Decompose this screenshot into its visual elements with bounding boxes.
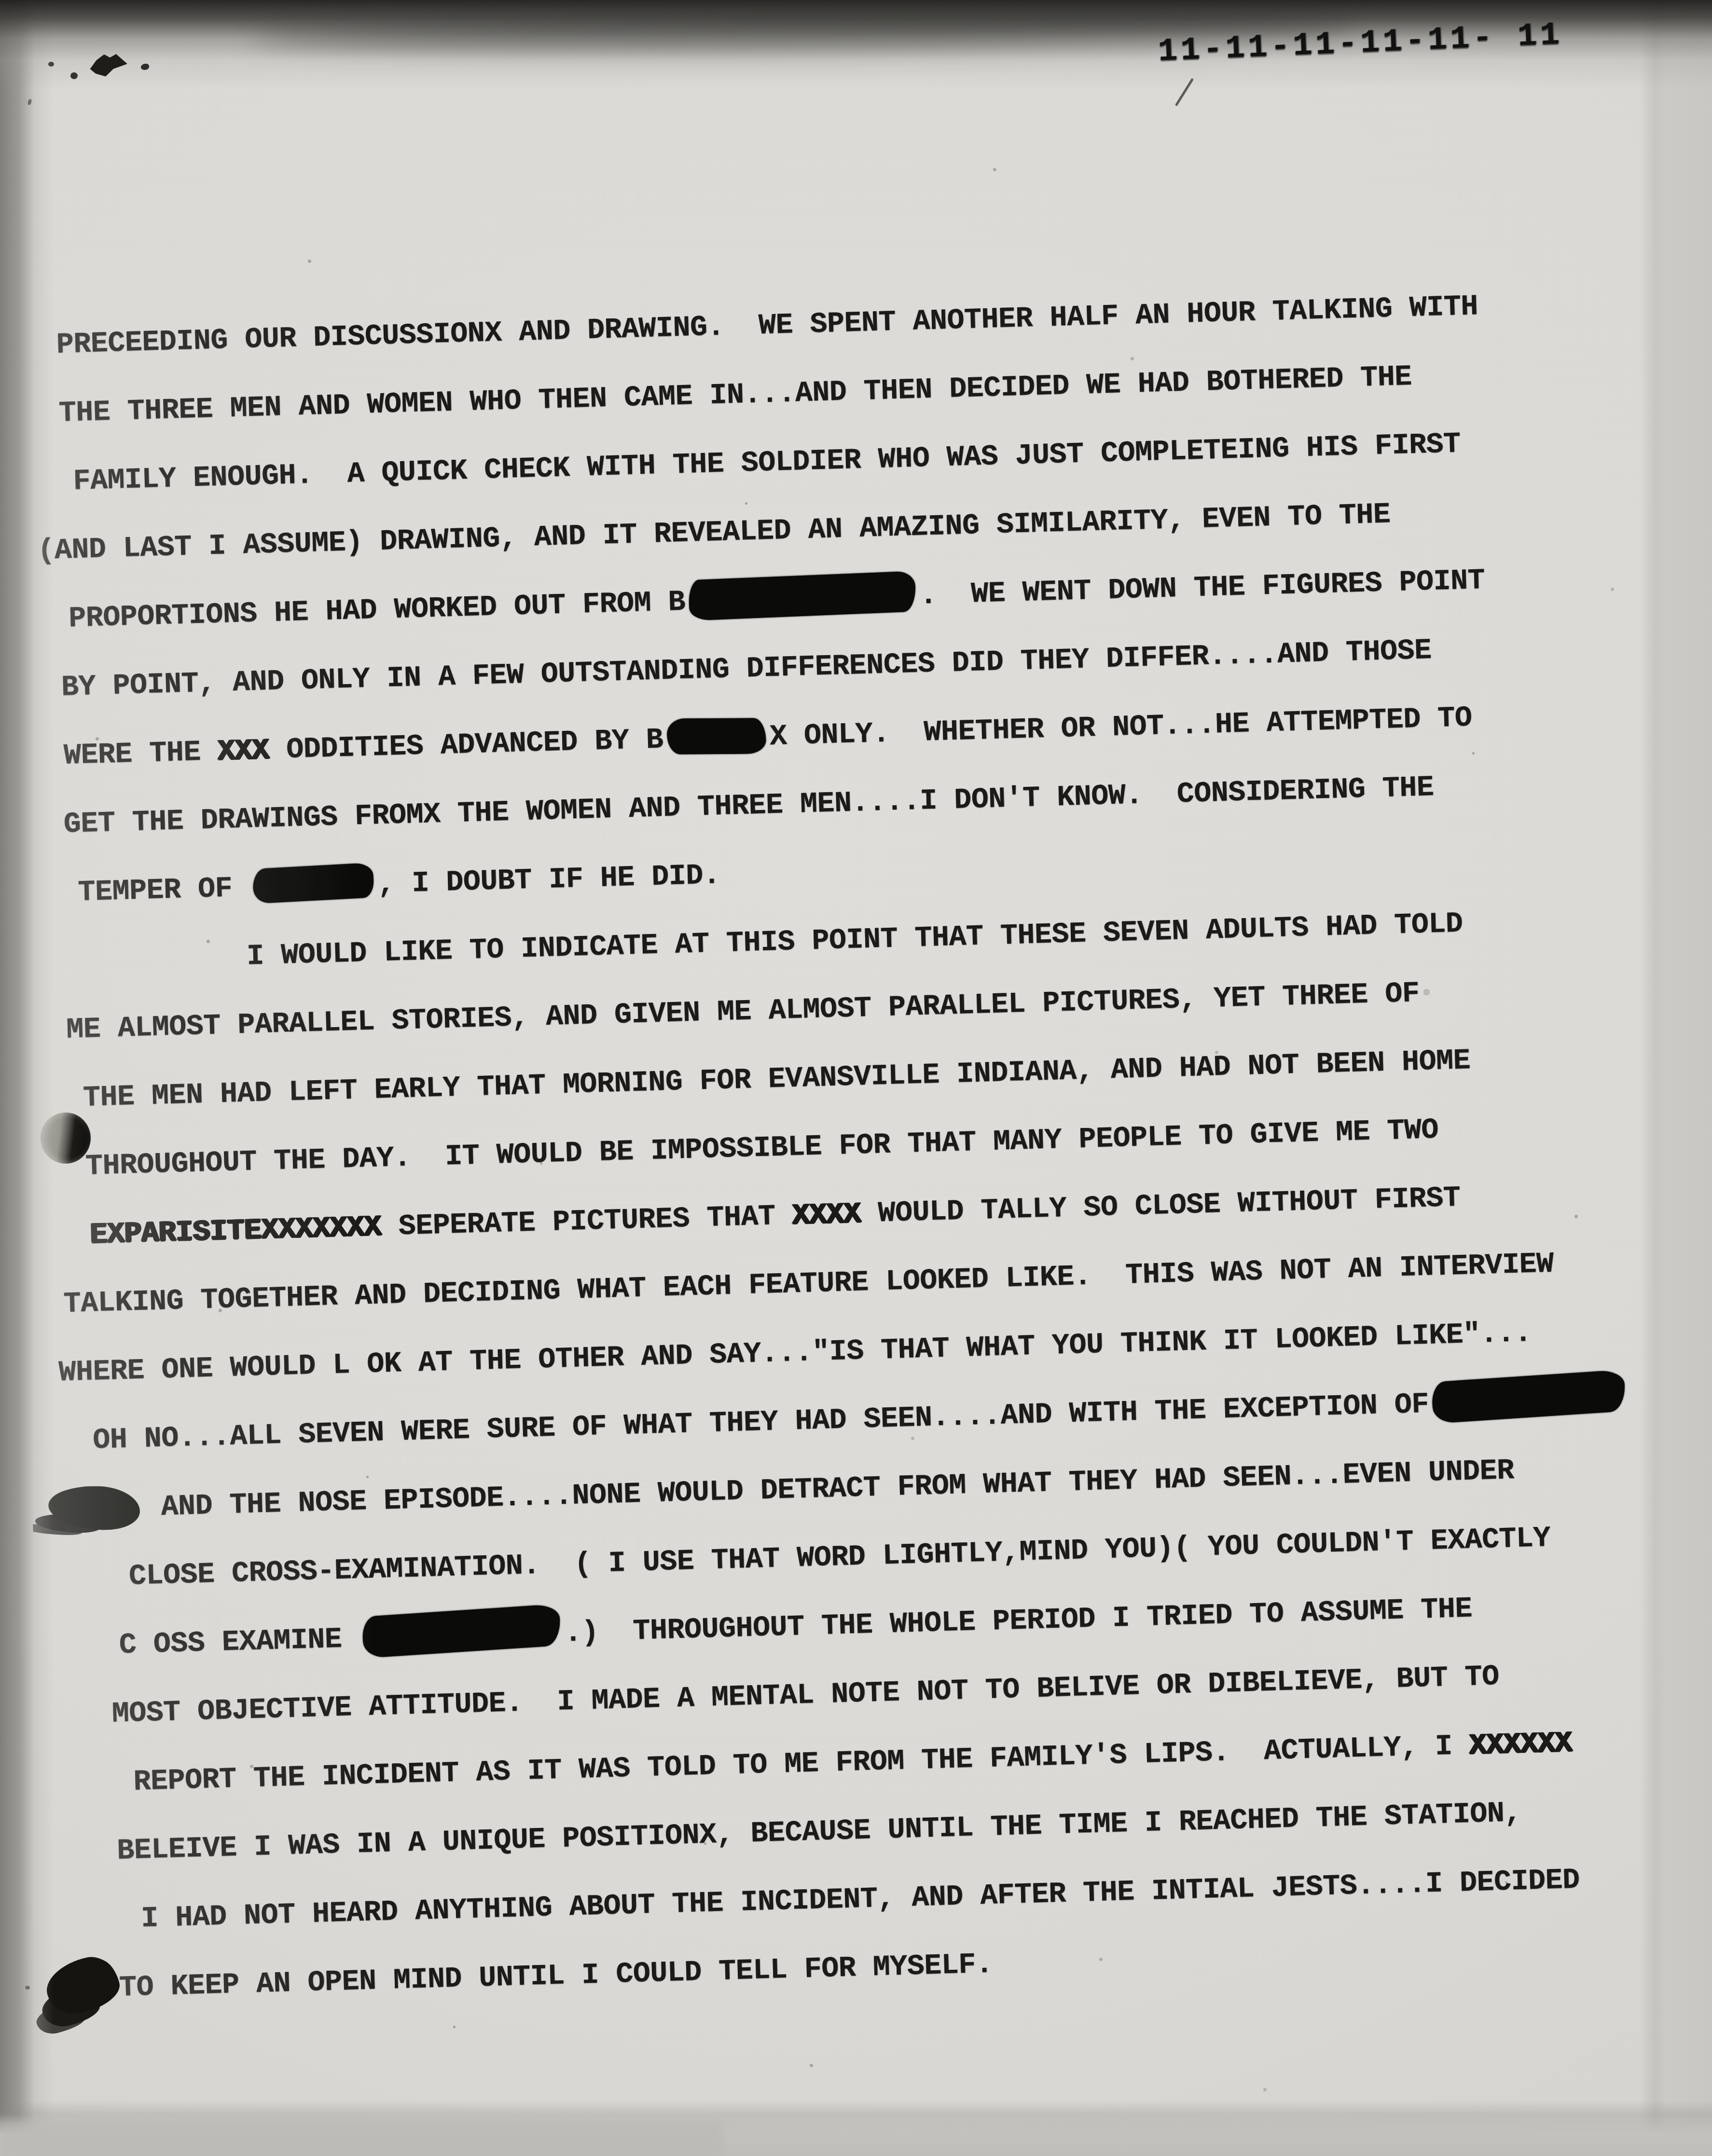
page-number: 11-11-11-11-11- 11 xyxy=(1158,16,1563,69)
typed-text: TEMPER OF xyxy=(78,872,250,909)
redaction-blob xyxy=(361,1604,562,1659)
typewritten-text: PRECEEDING OUR DISCUSSIONX AND DRAWING. … xyxy=(0,266,1712,2025)
typed-text: . WE WENT DOWN THE FIGURES POINT xyxy=(919,564,1485,613)
typed-text: SEPERATE PICTURES THAT xyxy=(381,1200,793,1244)
scanned-document-page: PRECEEDING OUR DISCUSSIONX AND DRAWING. … xyxy=(0,0,1712,2156)
ink-dot xyxy=(141,64,149,70)
scan-bottom-edge-band xyxy=(0,2101,1712,2156)
ink-dot xyxy=(70,72,78,79)
redaction-blob xyxy=(688,571,916,621)
ink-dot xyxy=(48,62,54,67)
typed-text: .) THROUGHOUT THE WHOLE PERIOD I TRIED T… xyxy=(564,1593,1473,1650)
typed-text: C OSS EXAMINE xyxy=(119,1623,359,1662)
redaction-blob xyxy=(47,1484,141,1532)
overstruck-text: EXPARISITEXXXXXXX xyxy=(90,1211,382,1251)
punch-hole-ink-blot xyxy=(41,1112,91,1164)
redaction-blob xyxy=(252,863,374,904)
typed-text: PROPORTIONS HE HAD WORKED OUT FROM B xyxy=(68,586,686,636)
typed-text: WERE THE xyxy=(63,736,218,773)
ink-comma-mark xyxy=(27,98,32,105)
ink-speck xyxy=(25,1986,30,1990)
scan-dust-specks xyxy=(0,0,1,1)
typed-text: ODDITIES ADVANCED BY B xyxy=(269,724,663,767)
scan-bottom-corner-shadow xyxy=(0,2122,724,2156)
typed-text: WOULD TALLY SO CLOSE WITHOUT FIRST xyxy=(860,1182,1461,1231)
overstruck-text: XXXX xyxy=(792,1198,861,1233)
redaction-blob xyxy=(667,718,766,754)
overstruck-text: XXXXXX xyxy=(1469,1727,1573,1763)
typed-text: , I DOUBT IF HE DID. xyxy=(377,859,721,901)
typed-text: X ONLY. WHETHER OR NOT...HE ATTEMPTED TO xyxy=(769,702,1472,754)
typed-text: TO KEEP AN OPEN MIND UNTIL I COULD TELL … xyxy=(119,1948,993,2005)
arrow-smudge-mark xyxy=(89,51,128,78)
pen-scratch-mark xyxy=(1175,78,1194,107)
overstruck-text: XXX xyxy=(218,734,270,769)
redaction-blob xyxy=(1431,1370,1627,1424)
